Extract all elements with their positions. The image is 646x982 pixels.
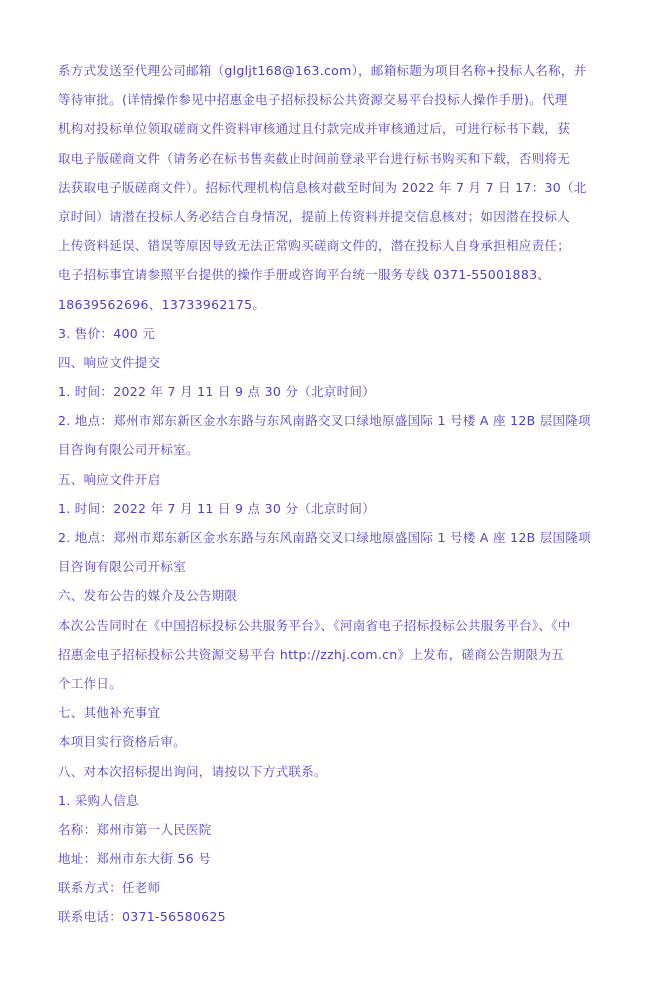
paragraph-line: 京时间）请潜在投标人务必结合自身情况，提前上传资料并提交信息核对；如因潜在投标人 (58, 202, 618, 231)
paragraph-line: 机构对投标单位领取磋商文件资料审核通过且付款完成并审核通过后，可进行标书下载，获 (58, 114, 618, 143)
section-heading-opening: 五、响应文件开启 (58, 465, 618, 494)
section-heading-submission: 四、响应文件提交 (58, 348, 618, 377)
submission-time: 1. 时间：2022 年 7 月 11 日 9 点 30 分（北京时间） (58, 377, 618, 406)
price-line: 3. 售价：400 元 (58, 319, 618, 348)
paragraph-line: 电子招标事宜请参照平台提供的操作手册或咨询平台统一服务专线 0371-55001… (58, 260, 618, 289)
purchaser-phone: 联系电话：0371-56580625 (58, 902, 618, 931)
paragraph-line: 上传资料延误、错误等原因导致无法正常购买磋商文件的，潜在投标人自身承担相应责任； (58, 231, 618, 260)
purchaser-name: 名称：郑州市第一人民医院 (58, 815, 618, 844)
section-heading-other: 七、其他补充事宜 (58, 698, 618, 727)
section-heading-contact: 八、对本次招标提出询问，请按以下方式联系。 (58, 757, 618, 786)
paragraph-line: 18639562696、13733962175。 (58, 290, 618, 319)
section-heading-media: 六、发布公告的媒介及公告期限 (58, 581, 618, 610)
submission-location: 2. 地点：郑州市郑东新区金水东路与东风南路交叉口绿地原盛国际 1 号楼 A 座… (58, 406, 618, 435)
purchaser-info-heading: 1. 采购人信息 (58, 786, 618, 815)
purchaser-contact: 联系方式：任老师 (58, 873, 618, 902)
submission-location-cont: 目咨询有限公司开标室。 (58, 435, 618, 464)
other-paragraph: 本项目实行资格后审。 (58, 727, 618, 756)
media-paragraph-line: 本次公告同时在《中国招标投标公共服务平台》、《河南省电子招标投标公共服务平台》、… (58, 611, 618, 640)
paragraph-line: 等待审批。(详情操作参见中招惠金电子招标投标公共资源交易平台投标人操作手册)。代… (58, 85, 618, 114)
purchaser-address: 地址：郑州市东大街 56 号 (58, 844, 618, 873)
paragraph-line: 取电子版磋商文件（请务必在标书售卖截止时间前登录平台进行标书购买和下载，否则将无 (58, 144, 618, 173)
document-body: 系方式发送至代理公司邮箱（glgljt168@163.com），邮箱标题为项目名… (58, 56, 618, 932)
media-paragraph-line: 招惠金电子招标投标公共资源交易平台 http://zzhj.com.cn》上发布… (58, 640, 618, 669)
opening-time: 1. 时间：2022 年 7 月 11 日 9 点 30 分（北京时间） (58, 494, 618, 523)
opening-location: 2. 地点：郑州市郑东新区金水东路与东风南路交叉口绿地原盛国际 1 号楼 A 座… (58, 523, 618, 552)
paragraph-line: 法获取电子版磋商文件）。招标代理机构信息核对截至时间为 2022 年 7 月 7… (58, 173, 618, 202)
media-paragraph-line: 个工作日。 (58, 669, 618, 698)
opening-location-cont: 目咨询有限公司开标室 (58, 552, 618, 581)
paragraph-line: 系方式发送至代理公司邮箱（glgljt168@163.com），邮箱标题为项目名… (58, 56, 618, 85)
